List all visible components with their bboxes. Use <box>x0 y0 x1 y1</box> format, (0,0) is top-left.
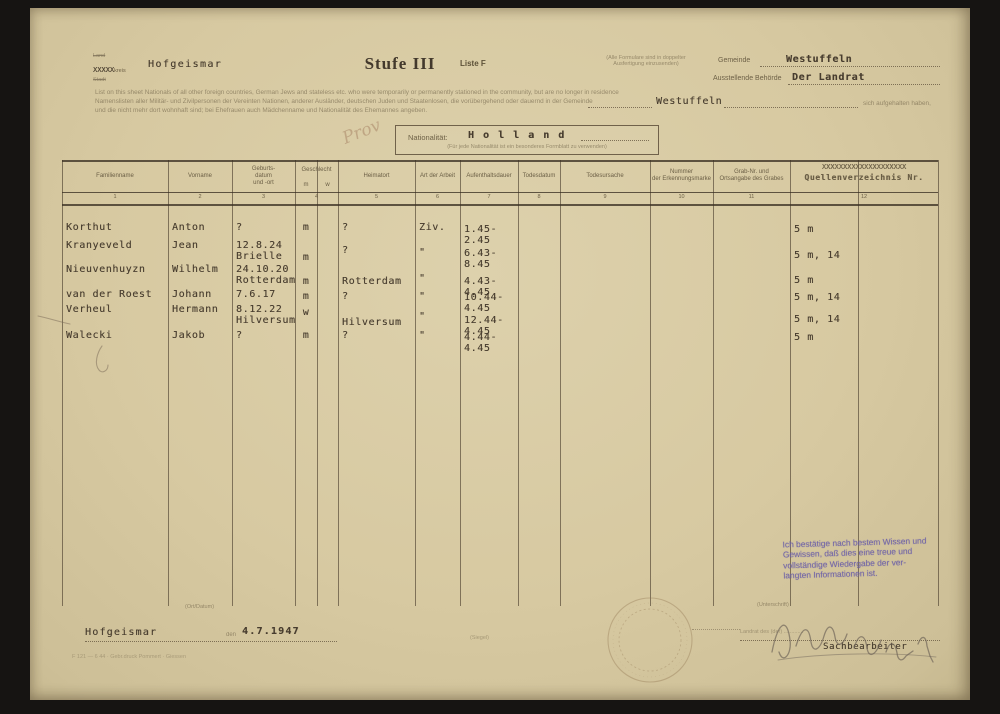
table-column-number: 7 <box>460 194 518 200</box>
sachbearbeiter-label: Sachbearbeiter <box>823 642 907 652</box>
table-header-label: Geburts- datum und -ort <box>232 160 295 192</box>
table-cell-heimatort: ? <box>342 245 413 256</box>
table-cell-familienname: Korthut <box>66 222 166 233</box>
table-cell-heimatort: ? <box>342 291 413 302</box>
table-header-label: Todesursache <box>560 160 650 192</box>
table-cell-aufenthalt: 10.44-4.45 <box>464 292 516 314</box>
table-cell-art: " <box>419 273 458 284</box>
footer-dotline-left <box>85 640 337 642</box>
table-cell-geschlecht: m <box>295 330 317 341</box>
table-cell-geburt: ? <box>236 330 293 341</box>
table-cell-quelle: 5 m, 14 <box>794 292 936 303</box>
table-cell-aufenthalt: 4.44-4.45 <box>464 332 516 354</box>
table-column-number: 9 <box>560 194 650 200</box>
table-hline <box>62 204 938 206</box>
table-header-label: Todesdatum <box>518 160 560 192</box>
table-vline <box>317 160 318 606</box>
table-column-number: 1 <box>62 194 168 200</box>
table-vline <box>62 160 63 606</box>
siegel-label: (Siegel) <box>470 635 489 641</box>
table-column-number: 6 <box>415 194 460 200</box>
table-cell-aufenthalt: 1.45-2.45 <box>464 224 516 246</box>
table-vline <box>415 160 416 606</box>
table-cell-vorname: Jakob <box>172 330 230 341</box>
table-cell-familienname: Verheul <box>66 304 166 315</box>
table-cell-geschlecht: m <box>295 291 317 302</box>
table-cell-familienname: van der Roest <box>66 289 166 300</box>
footer-datum: 4.7.1947 <box>242 626 300 637</box>
table-cell-heimatort: ? <box>342 330 413 341</box>
table-cell-geburt: ? <box>236 222 293 233</box>
table-cell-vorname: Johann <box>172 289 230 300</box>
table-column-number: 10 <box>650 194 713 200</box>
unterschrift-label: (Unterschrift) <box>757 602 789 608</box>
table-hline <box>62 192 938 193</box>
footer-ort: Hofgeismar <box>85 627 157 638</box>
printer-imprint: F 121 — 6 44 · Gebr.druck Pommert · Gies… <box>72 654 186 660</box>
table-cell-familienname: Walecki <box>66 330 166 341</box>
table-cell-familienname: Kranyeveld <box>66 240 166 251</box>
table-cell-art: " <box>419 247 458 258</box>
footer-dash <box>692 628 740 630</box>
certification-stamp: Ich bestätige nach bestem Wissen und Gew… <box>782 535 961 582</box>
table-subheader-w: w <box>317 180 338 190</box>
table-vline <box>168 160 169 606</box>
table-cell-quelle: 5 m, 14 <box>794 250 936 261</box>
table-header-label: Vorname <box>168 160 232 192</box>
table-vline <box>338 160 339 606</box>
table-cell-vorname: Jean <box>172 240 230 251</box>
table-vline <box>650 160 651 606</box>
office-small-label: Landrat des (der) ............. <box>740 629 804 635</box>
table-cell-vorname: Hermann <box>172 304 230 315</box>
table-cell-geschlecht: w <box>295 307 317 318</box>
table-header-label: Nummer der Erkennungsmarke <box>650 160 713 192</box>
footer-den: den <box>226 632 236 639</box>
table-column-number: 8 <box>518 194 560 200</box>
table-column-number: 2 <box>168 194 232 200</box>
table-cell-art: " <box>419 291 458 302</box>
table-header-label: Geschlecht <box>295 160 338 180</box>
table-vline <box>232 160 233 606</box>
table-header-label: Familienname <box>62 160 168 192</box>
table-header-label: Art der Arbeit <box>415 160 460 192</box>
table-cell-geburt: 8.12.22 Hilversum <box>236 304 293 326</box>
table-vline <box>713 160 714 606</box>
record-table: Familienname1Vorname2Geburts- datum und … <box>30 8 970 700</box>
table-column-number: 3 <box>232 194 295 200</box>
table-cell-geschlecht: m <box>295 252 317 263</box>
table-cell-art: Ziv. <box>419 222 458 233</box>
table-header-label: Grab-Nr. und Ortsangabe des Grabes <box>713 160 790 192</box>
table-cell-heimatort: Rotterdam <box>342 276 413 287</box>
table-cell-heimatort: Hilversum <box>342 317 413 328</box>
table-cell-familienname: Nieuvenhuyzn <box>66 264 166 275</box>
scan-background: Land XXXXXkreis Stadt Hofgeismar Stufe I… <box>0 0 1000 714</box>
table-cell-aufenthalt: 6.43-8.45 <box>464 248 516 270</box>
table-cell-geburt: 7.6.17 <box>236 289 293 300</box>
table-cell-quelle: 5 m, 14 <box>794 314 936 325</box>
table-column-number: 5 <box>338 194 415 200</box>
table-cell-art: " <box>419 330 458 341</box>
table-cell-geburt: 24.10.20 Rotterdam <box>236 264 293 286</box>
table-cell-quelle: 5 m <box>794 275 936 286</box>
table-cell-quelle: 5 m <box>794 332 936 343</box>
table-header-label: Heimatort <box>338 160 415 192</box>
table-vline <box>560 160 561 606</box>
table-vline <box>460 160 461 606</box>
table-cell-geburt: 12.8.24 Brielle <box>236 240 293 262</box>
table-subheader-m: m <box>295 180 317 190</box>
table-cell-geschlecht: m <box>295 276 317 287</box>
table-cell-heimatort: ? <box>342 222 413 233</box>
table-cell-art: " <box>419 311 458 322</box>
footer-dotline-right <box>740 639 940 641</box>
table-column-number: 4 <box>295 194 338 200</box>
table-header-label: Aufenthaltsdauer <box>460 160 518 192</box>
table-cell-quelle: 5 m <box>794 224 936 235</box>
document-paper: Land XXXXXkreis Stadt Hofgeismar Stufe I… <box>30 8 970 700</box>
table-header-label: Quellenverzeichnis Nr. <box>790 171 938 183</box>
table-column-number: 11 <box>713 194 790 200</box>
table-vline <box>518 160 519 606</box>
table-cell-vorname: Anton <box>172 222 230 233</box>
table-cell-vorname: Wilhelm <box>172 264 230 275</box>
ort-datum-label: (Ort/Datum) <box>185 604 214 610</box>
table-column-number: 12 <box>790 194 938 200</box>
table-cell-geschlecht: m <box>295 222 317 233</box>
